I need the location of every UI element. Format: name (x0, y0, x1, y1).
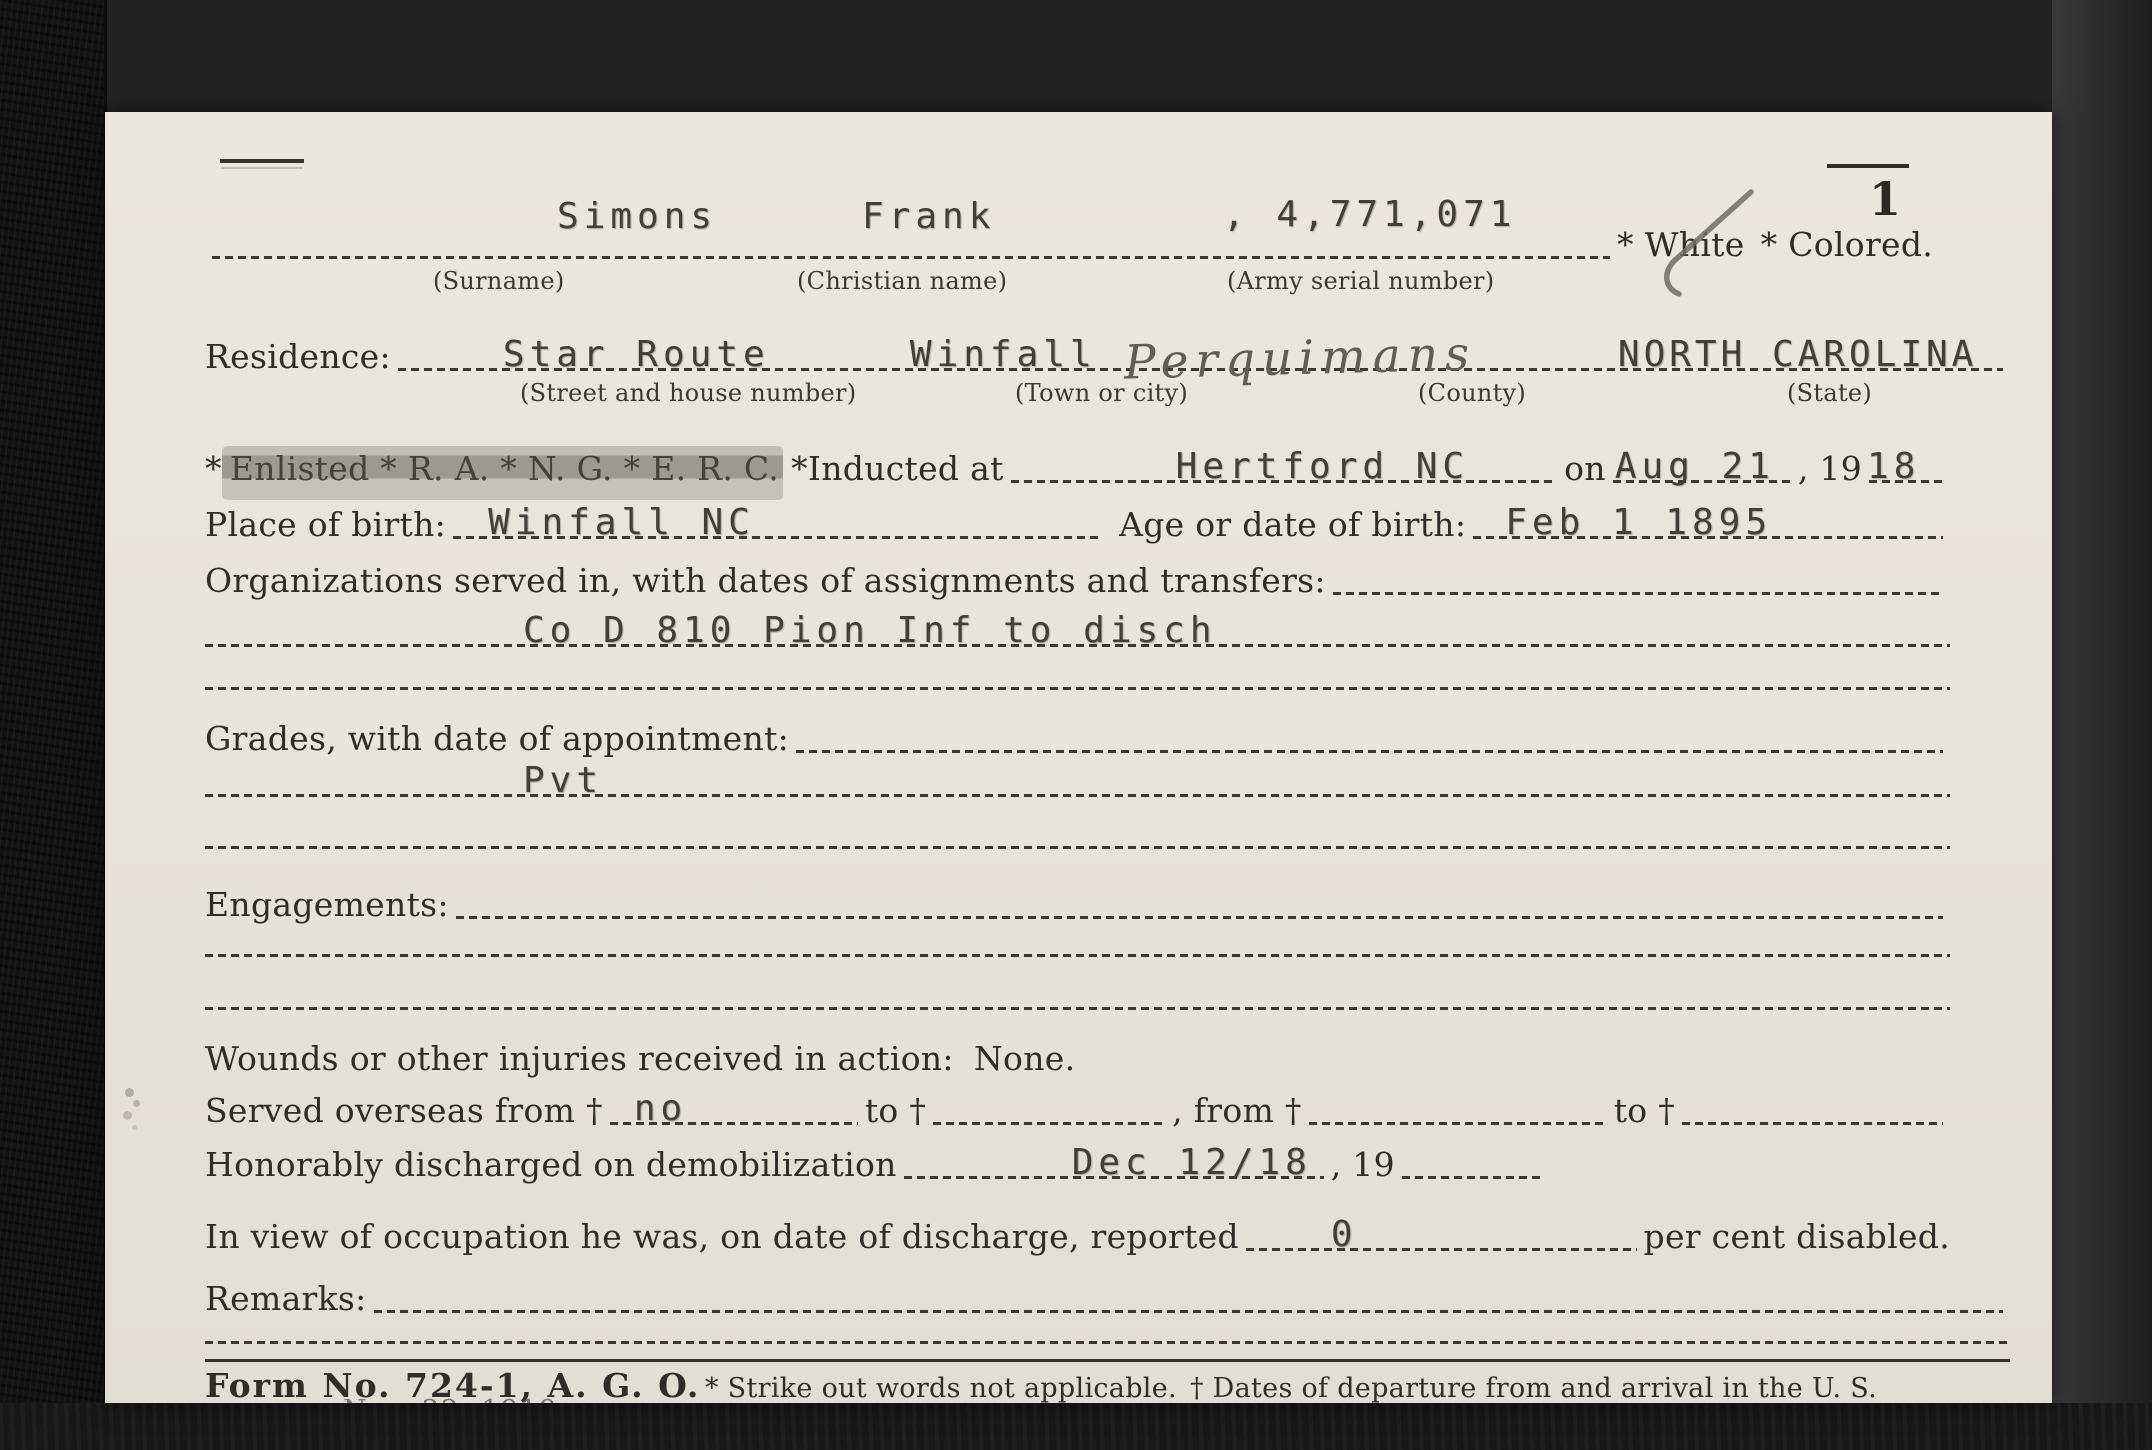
film-edge-left (0, 0, 107, 1450)
dotted-line (1309, 1084, 1607, 1132)
wounds-label: Wounds or other injuries received in act… (205, 1041, 954, 1080)
remarks-label: Remarks: (205, 1281, 367, 1320)
corner-dash-mark (220, 159, 304, 163)
dotted-line (374, 1274, 2003, 1320)
blank-line-row (205, 969, 1950, 1017)
discharge-date-value: Dec 12/18 (1072, 1142, 1312, 1183)
induction-row: * Enlisted * R. A. * N. G. * E. R. C. *I… (205, 442, 1950, 490)
organizations-value-row: Co D 810 Pion Inf to disch (205, 604, 1950, 654)
inducted-on-label: on (1564, 451, 1606, 490)
street-label: (Street and house number) (520, 380, 856, 407)
age-or-birthdate-value: Feb 1 1895 (1505, 502, 1772, 543)
discharge-row: Honorably discharged on demobilization D… (205, 1138, 1565, 1186)
dotted-line: Winfall NC (453, 498, 1098, 546)
inducted-at-label: *Inducted at (791, 451, 1004, 490)
residence-state-value: NORTH CAROLINA (1618, 334, 1977, 375)
film-edge-right (2052, 0, 2152, 1450)
dotted-line: 0 (1246, 1210, 1637, 1258)
dotted-line: Feb 1 1895 (1473, 498, 1943, 546)
enlisted-lead-asterisk: * (205, 451, 222, 490)
struck-enlistment-options: Enlisted * R. A. * N. G. * E. R. C. (230, 451, 779, 490)
overseas-from1-label: Served overseas from † (205, 1093, 603, 1132)
overseas-from2-label: , from † (1172, 1093, 1302, 1132)
wounds-value: None. (974, 1041, 1076, 1080)
disability-row: In view of occupation he was, on date of… (205, 1210, 1950, 1258)
dotted-line (205, 649, 1950, 697)
dotted-line: Dec 12/18 (904, 1138, 1324, 1186)
grades-value-row: Pvt (205, 754, 1950, 804)
dotted-line (1333, 556, 1943, 602)
footer-note-dagger: † Dates of departure from and arrival in… (1190, 1374, 1877, 1403)
dotted-line: no (610, 1084, 858, 1132)
pencil-smudge (125, 1088, 134, 1097)
residence-street-value: Star Route (503, 334, 770, 375)
residence-label: Residence: (205, 339, 391, 378)
birth-row: Place of birth: Winfall NC Age or date o… (205, 498, 1950, 546)
page-number-overline (1827, 164, 1909, 168)
dotted-line (1682, 1084, 1943, 1132)
form-date: Nov. 22, 1919 (343, 1396, 558, 1403)
footer-note-strike: * Strike out words not applicable. (705, 1374, 1177, 1403)
overseas-row: Served overseas from † no to † , from † … (205, 1084, 1950, 1132)
organizations-label: Organizations served in, with dates of a… (205, 563, 1326, 602)
state-label: (State) (1787, 380, 1872, 407)
dotted-line: Aug 21 (1613, 442, 1791, 490)
induction-year-printed: , 19 (1798, 451, 1862, 490)
blank-line-row (205, 649, 1950, 697)
footer-dotted-rule (205, 1341, 2010, 1344)
dotted-line (205, 969, 1950, 1017)
discharge-label: Honorably discharged on demobilization (205, 1147, 897, 1186)
overseas-from1-value: no (634, 1088, 687, 1129)
dotted-line: Hertford NC (1011, 442, 1557, 490)
dotted-line: Co D 810 Pion Inf to disch (205, 604, 1950, 654)
overseas-to2-label: to † (1614, 1093, 1675, 1132)
christian-name-label: (Christian name) (797, 268, 1007, 295)
town-label: (Town or city) (1015, 380, 1188, 407)
pencil-checkmark (1657, 186, 1769, 302)
discharge-year-label: , 19 (1331, 1147, 1395, 1186)
disability-suffix: per cent disabled. (1644, 1219, 1950, 1258)
dotted-line: Pvt (205, 754, 1950, 804)
wounds-row: Wounds or other injuries received in act… (205, 1036, 1950, 1080)
induction-year-typed: 18 (1867, 446, 1920, 487)
dotted-line: Star Route Winfall Perquimans NORTH CARO… (398, 328, 2003, 378)
dotted-line: 18 (1869, 442, 1943, 490)
service-record-card: 1 Simons Frank , 4,771,071 * White * Col… (105, 112, 2052, 1403)
struck-enlistment-text: Enlisted * R. A. * N. G. * E. R. C. (230, 449, 779, 488)
age-or-birthdate-label: Age or date of birth: (1119, 507, 1466, 546)
dotted-line (205, 808, 1950, 856)
film-edge-bottom (0, 1403, 2152, 1450)
dotted-line (212, 218, 1610, 266)
disability-label: In view of occupation he was, on date of… (205, 1219, 1239, 1258)
county-label: (County) (1418, 380, 1526, 407)
organizations-label-row: Organizations served in, with dates of a… (205, 556, 1950, 602)
blank-line-row (205, 808, 1950, 856)
place-of-birth-value: Winfall NC (488, 502, 755, 543)
army-serial-number-label: (Army serial number) (1227, 268, 1494, 295)
remarks-row: Remarks: (205, 1274, 2010, 1320)
dotted-line (1402, 1138, 1544, 1186)
dotted-line (933, 1084, 1165, 1132)
overseas-to1-label: to † (865, 1093, 926, 1132)
induction-date-value: Aug 21 (1615, 446, 1775, 487)
footer-solid-rule (205, 1359, 2010, 1362)
place-of-birth-label: Place of birth: (205, 507, 446, 546)
inducted-place-value: Hertford NC (1176, 446, 1469, 487)
residence-row: Residence: Star Route Winfall Perquimans… (205, 328, 2010, 378)
dotted-line (205, 916, 1950, 964)
grades-value: Pvt (523, 760, 603, 801)
race-option-colored: * Colored. (1761, 227, 1933, 266)
blank-line-row (205, 916, 1950, 964)
surname-label: (Surname) (433, 268, 565, 295)
organizations-value: Co D 810 Pion Inf to disch (523, 610, 1217, 651)
residence-town-value: Winfall (910, 334, 1097, 375)
disability-value: 0 (1331, 1214, 1358, 1255)
